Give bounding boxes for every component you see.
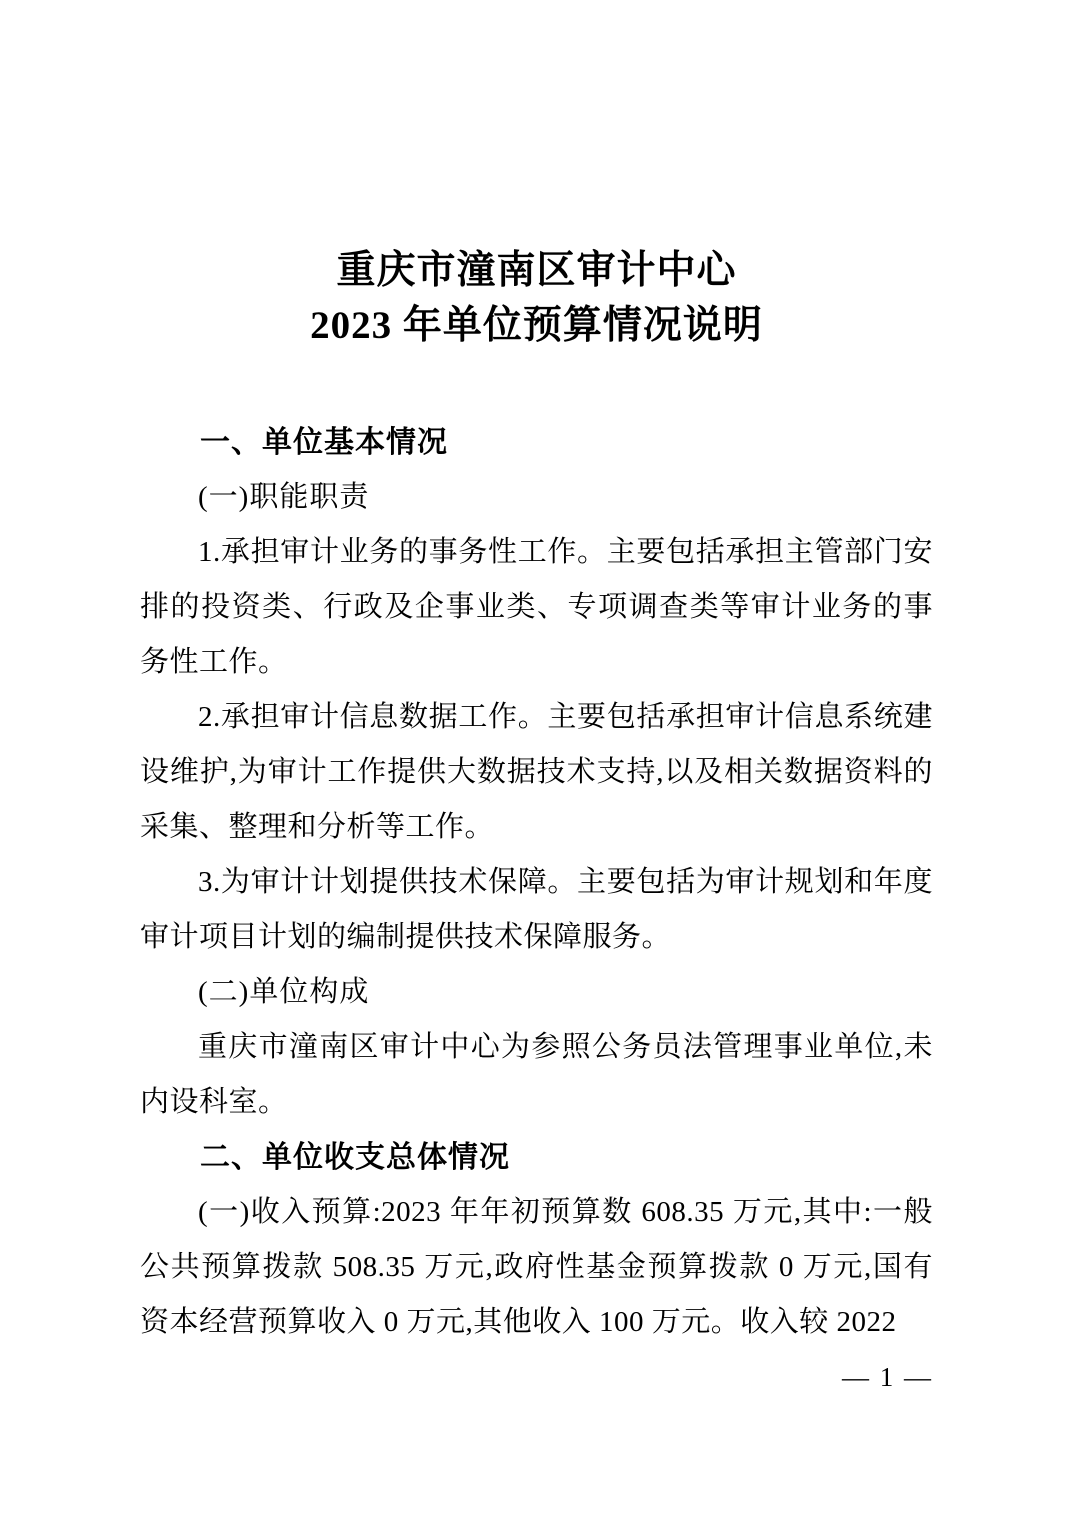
section-heading-revenue-expenditure: 二、单位收支总体情况 [140, 1130, 933, 1185]
document-page: 重庆市潼南区审计中心 2023 年单位预算情况说明 一、单位基本情况 (一)职能… [0, 0, 1074, 1520]
document-title: 重庆市潼南区审计中心 2023 年单位预算情况说明 [140, 243, 933, 353]
paragraph-income-budget: (一)收入预算:2023 年年初预算数 608.35 万元,其中:一般公共预算拨… [140, 1185, 933, 1350]
section-heading-basic-info: 一、单位基本情况 [140, 415, 933, 470]
page-number: — 1 — [140, 1350, 933, 1405]
paragraph-composition: 重庆市潼南区审计中心为参照公务员法管理事业单位,未内设科室。 [140, 1020, 933, 1130]
subsection-heading-functions: (一)职能职责 [140, 470, 933, 525]
subsection-heading-composition: (二)单位构成 [140, 965, 933, 1020]
paragraph-duty-1: 1.承担审计业务的事务性工作。主要包括承担主管部门安排的投资类、行政及企事业类、… [140, 525, 933, 690]
document-title-line-2: 2023 年单位预算情况说明 [140, 298, 933, 353]
paragraph-duty-2: 2.承担审计信息数据工作。主要包括承担审计信息系统建设维护,为审计工作提供大数据… [140, 690, 933, 855]
document-title-line-1: 重庆市潼南区审计中心 [140, 243, 933, 298]
paragraph-duty-3: 3.为审计计划提供技术保障。主要包括为审计规划和年度审计项目计划的编制提供技术保… [140, 855, 933, 965]
income-budget-lead: (一)收入预算: [198, 1196, 381, 1228]
